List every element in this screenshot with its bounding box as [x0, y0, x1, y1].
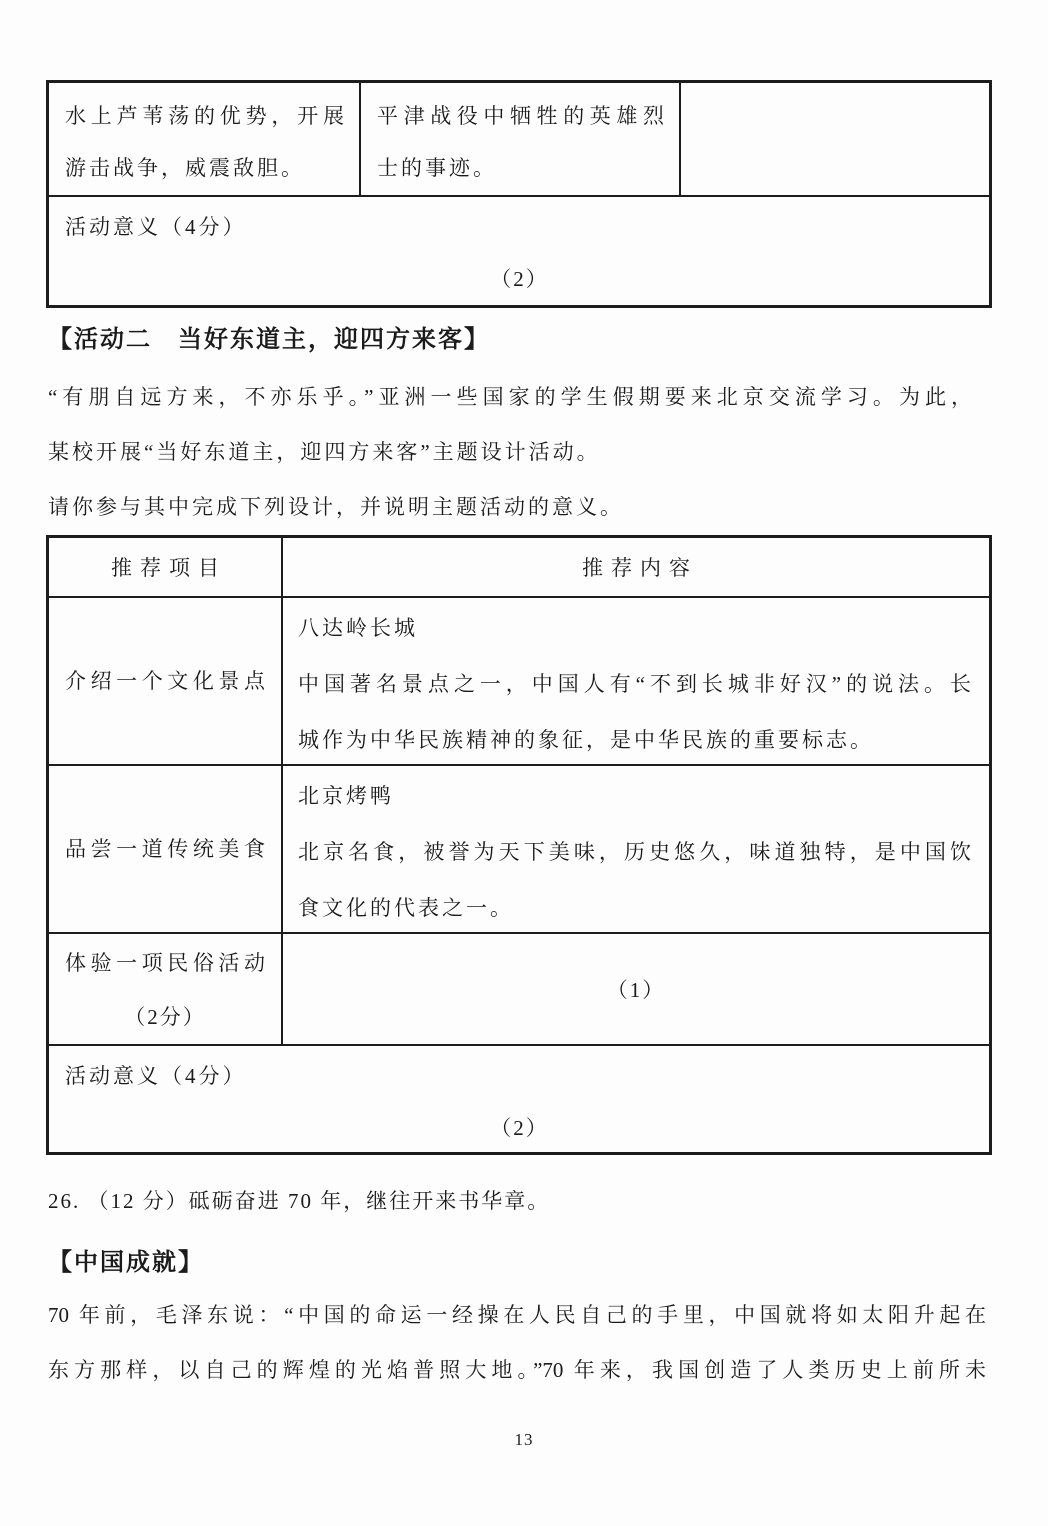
row-folk-item-cell: 体验一项民俗活动 （2分）	[49, 934, 283, 1046]
page-number: 13	[0, 1430, 1048, 1450]
content-line: 城作为中华民族精神的象征，是中华民族的重要标志。	[298, 712, 971, 768]
activity2-intro: “有朋自远方来，不亦乐乎。”亚洲一些国家的学生假期要来北京交流学习。为此， 某校…	[48, 370, 972, 535]
meaning-label: 活动意义（4分）	[65, 1050, 974, 1102]
row-food-content-cell: 北京烤鸭 北京名食，被誉为天下美味，历史悠久，味道独特，是中国饮 食文化的代表之…	[283, 766, 989, 934]
item-label: 体验一项民俗活动	[49, 936, 281, 991]
china-achievements-heading: 【中国成就】	[48, 1242, 204, 1284]
content-line: 食文化的代表之一。	[298, 880, 971, 936]
table1-cell-reed-marsh: 水上芦苇荡的优势，开展 游击战争，威震敌胆。	[49, 83, 361, 195]
paragraph-line: 70 年前，毛泽东说：“中国的命运一经操在人民自己的手里，中国就将如太阳升起在	[48, 1288, 986, 1343]
answer-blank-mark: （2）	[65, 253, 974, 305]
table1-meaning-row: 活动意义（4分） （2）	[49, 195, 989, 305]
meaning-label: 活动意义（4分）	[65, 201, 974, 253]
header-item-column: 推荐项目	[49, 538, 283, 598]
row-spot-item-cell: 介绍一个文化景点	[49, 598, 283, 766]
item-label: 品尝一道传统美食	[49, 822, 281, 877]
document-page: 水上芦苇荡的优势，开展 游击战争，威震敌胆。 平津战役中牺牲的英雄烈 士的事迹。…	[0, 0, 1048, 1526]
table2-meaning-row: 活动意义（4分） （2）	[49, 1046, 989, 1152]
row-spot-content-cell: 八达岭长城 中国著名景点之一，中国人有“不到长城非好汉”的说法。长 城作为中华民…	[283, 598, 989, 766]
header-content-column: 推荐内容	[283, 538, 989, 598]
cell-text-line: 游击战争，威震敌胆。	[65, 142, 344, 194]
item-label: 介绍一个文化景点	[49, 654, 281, 709]
table1-cell-empty	[681, 83, 989, 195]
table1-cell-pingjin-heroes: 平津战役中牺牲的英雄烈 士的事迹。	[361, 83, 681, 195]
item-score-label: （2分）	[49, 991, 281, 1043]
row-folk-answer-blank: （1）	[283, 934, 989, 1046]
content-line: 北京名食，被誉为天下美味，历史悠久，味道独特，是中国饮	[298, 824, 971, 880]
cell-text-line: 士的事迹。	[377, 142, 664, 194]
activity2-heading: 【活动二 当好东道主，迎四方来客】	[48, 319, 490, 361]
question26-stem: 26. （12 分）砥砺奋进 70 年，继往开来书华章。	[48, 1178, 550, 1224]
intro-line: “有朋自远方来，不亦乐乎。”亚洲一些国家的学生假期要来北京交流学习。为此，	[48, 370, 972, 425]
activity1-table: 水上芦苇荡的优势，开展 游击战争，威震敌胆。 平津战役中牺牲的英雄烈 士的事迹。…	[46, 80, 992, 308]
paragraph-line: 东方那样，以自己的辉煌的光焰普照大地。”70 年来，我国创造了人类历史上前所未	[48, 1343, 986, 1398]
question26-paragraph: 70 年前，毛泽东说：“中国的命运一经操在人民自己的手里，中国就将如太阳升起在 …	[48, 1288, 986, 1398]
cell-text-line: 水上芦苇荡的优势，开展	[65, 90, 344, 142]
answer-blank-mark: （2）	[65, 1102, 974, 1154]
content-line: 中国著名景点之一，中国人有“不到长城非好汉”的说法。长	[298, 656, 971, 712]
recommend-table: 推荐项目 推荐内容 介绍一个文化景点 八达岭长城 中国著名景点之一，中国人有“不…	[46, 535, 992, 1155]
content-line: 八达岭长城	[298, 600, 971, 656]
cell-text-line: 平津战役中牺牲的英雄烈	[377, 90, 664, 142]
content-line: 北京烤鸭	[298, 768, 971, 824]
row-food-item-cell: 品尝一道传统美食	[49, 766, 283, 934]
intro-line: 某校开展“当好东道主，迎四方来客”主题设计活动。	[48, 425, 972, 480]
intro-line: 请你参与其中完成下列设计，并说明主题活动的意义。	[48, 480, 972, 535]
